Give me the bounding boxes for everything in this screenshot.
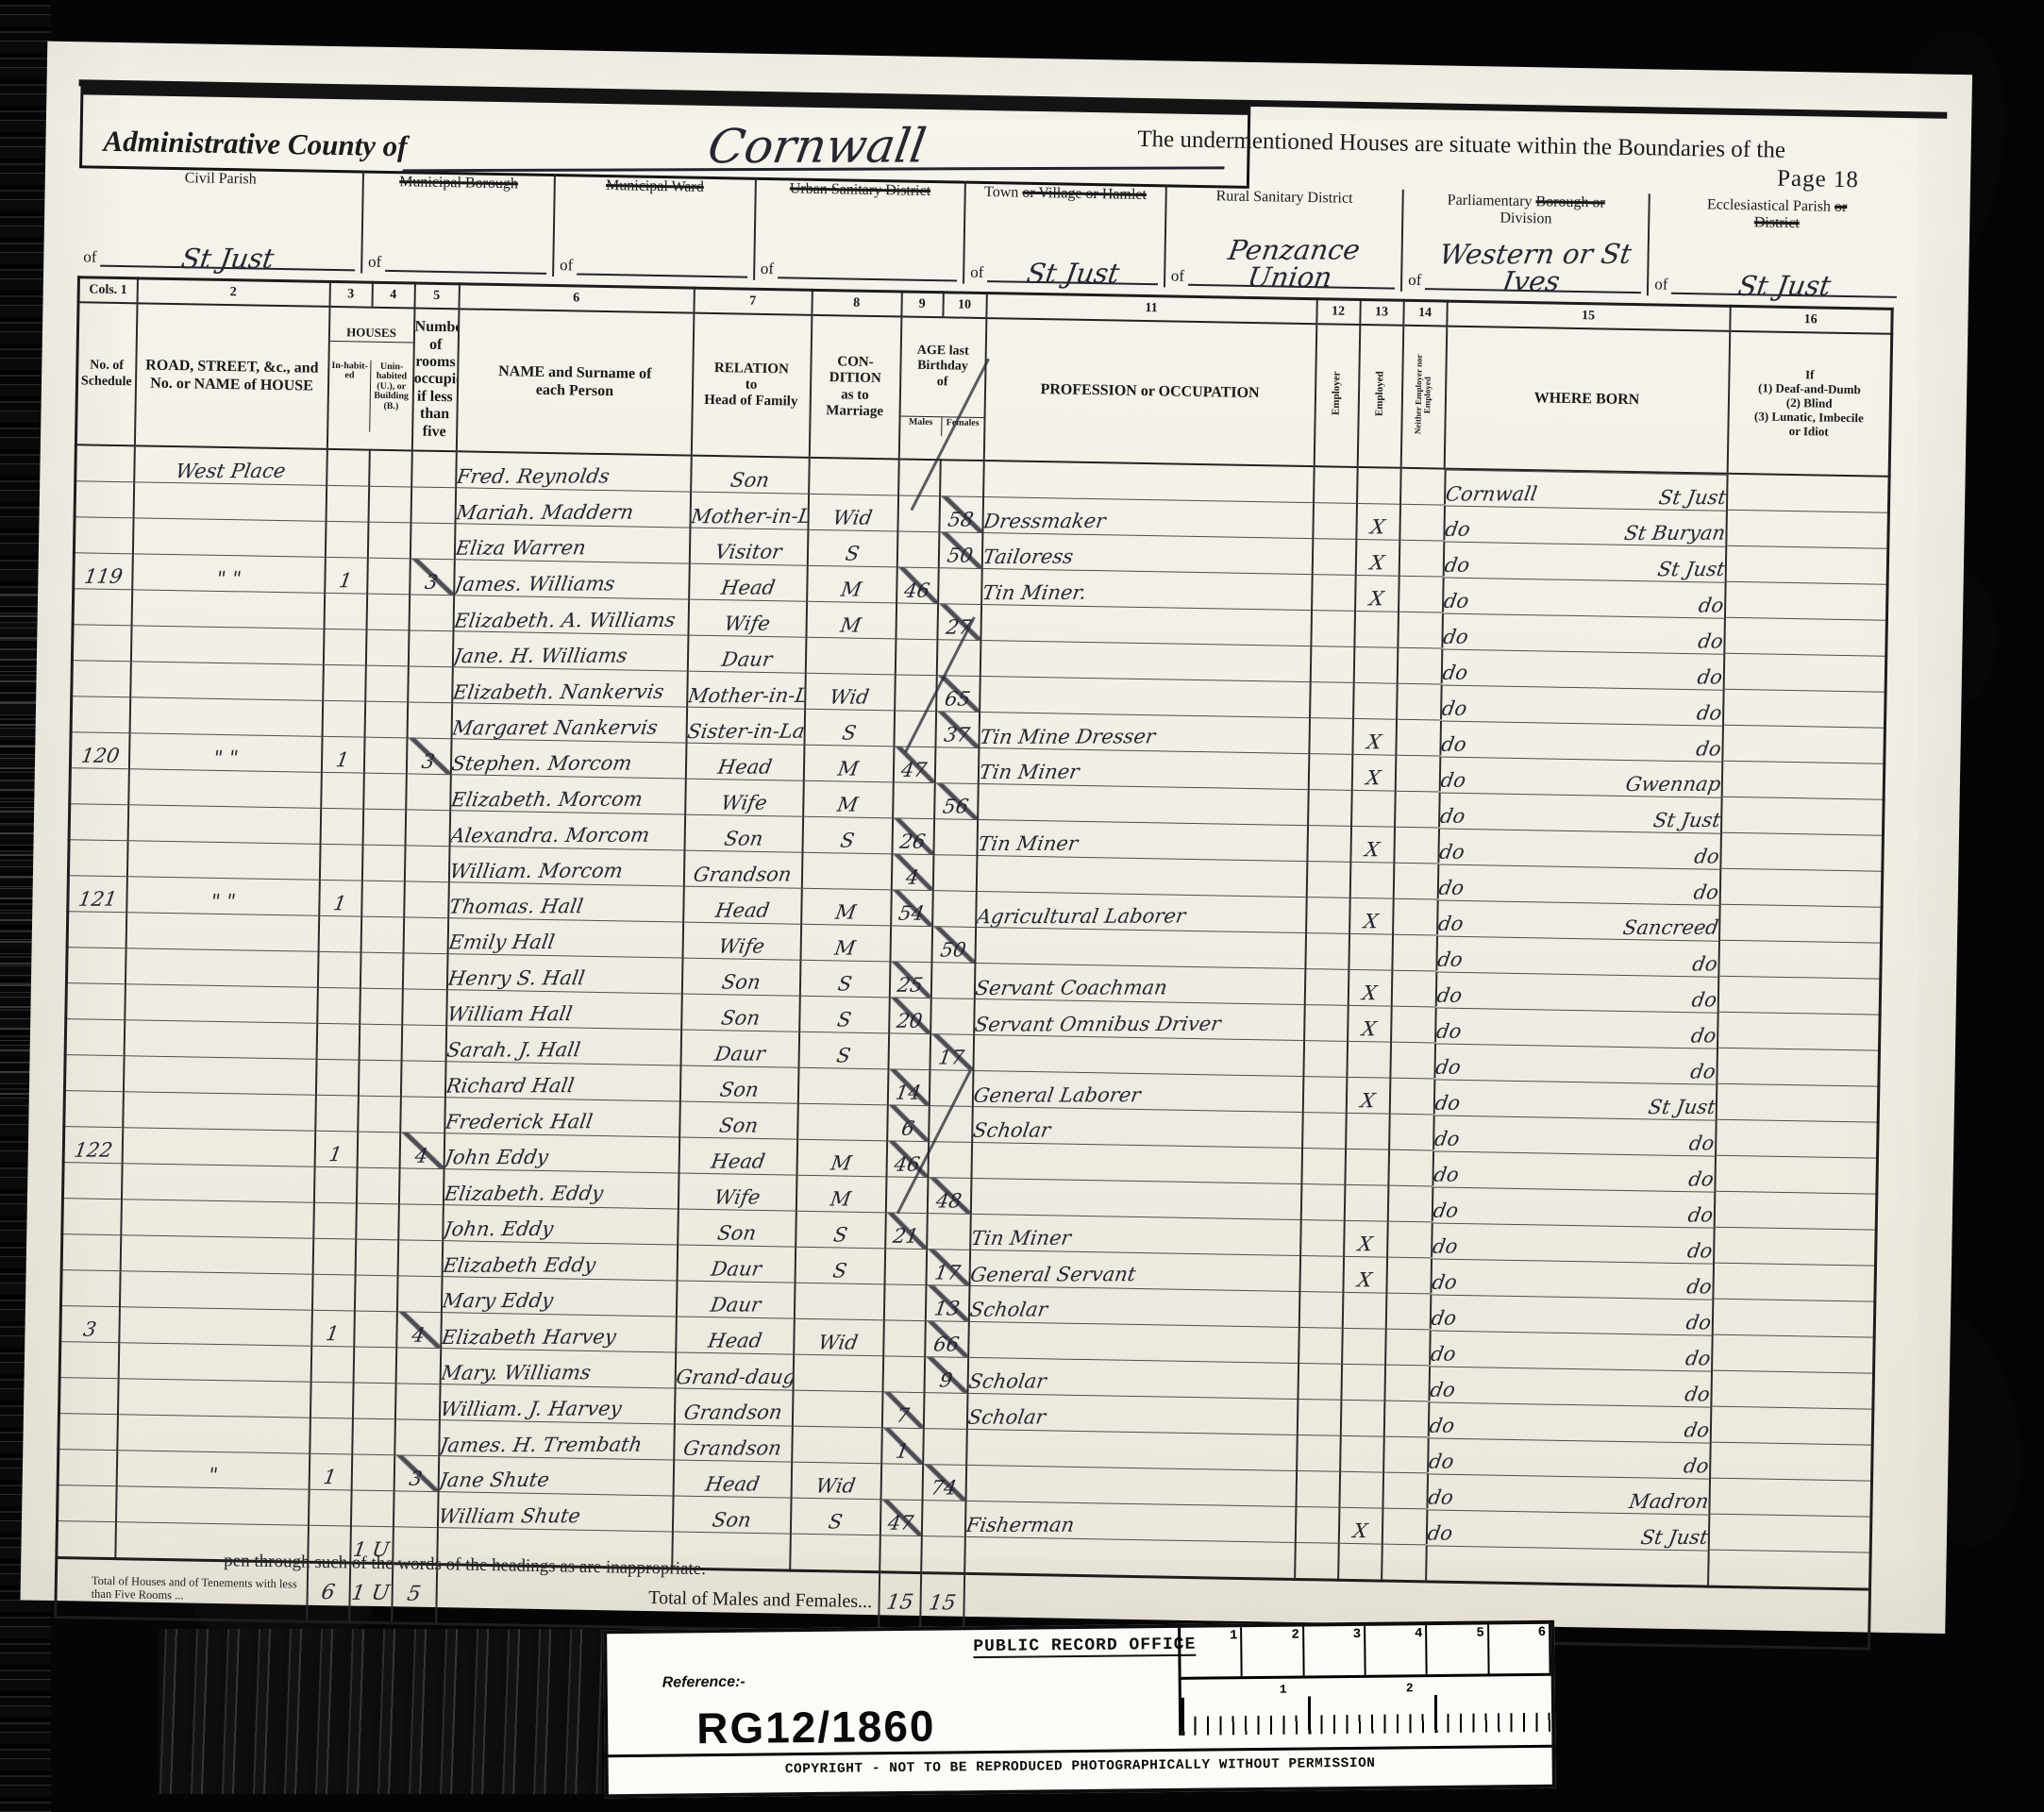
cell-infirmities (1710, 1406, 1873, 1445)
cell-born_county: dodo (1435, 935, 1718, 975)
cell-condition: S (796, 1211, 886, 1249)
cell-name: Elizabeth Eddy (442, 1241, 678, 1281)
cell-infirmities (1716, 1083, 1879, 1122)
cell-name: Thomas. Hall (448, 882, 684, 922)
cell-neither (1398, 612, 1442, 648)
cell-employer (1300, 1184, 1345, 1221)
cell-age_f: 66 (925, 1321, 969, 1358)
cell-age_m (896, 531, 939, 568)
cell-occupation: Scholar (966, 1393, 1298, 1434)
cell-occupation: Tin Miner (977, 820, 1308, 862)
cell-rooms (395, 1348, 441, 1384)
cell-born_county: dodo (1436, 864, 1719, 903)
cell-rooms (410, 487, 456, 524)
cell-age_m (880, 1535, 922, 1573)
cell-uninhabited (365, 629, 409, 666)
district-municipal-borough: Municipal Borough of (360, 171, 554, 277)
of-label: of (970, 263, 984, 282)
cell-employed (1349, 862, 1394, 898)
cell-neither (1397, 683, 1441, 720)
cell-employer (1308, 754, 1352, 791)
cell-occupation (965, 1465, 1297, 1506)
cell-road (132, 518, 326, 558)
cell-uninhabited (366, 594, 410, 630)
district-label: Municipal Borough (399, 174, 518, 192)
cell-age_m (896, 603, 938, 640)
cell-age_m (884, 1249, 927, 1285)
cell-schedule (70, 768, 129, 805)
cell-road: " (116, 1451, 310, 1490)
header-age-females: Females (941, 417, 983, 437)
cell-road (121, 1200, 314, 1239)
cell-employed: X (1355, 540, 1399, 577)
district-ecclesiastical: Ecclesiastical Parish orDistrict ofSt Ju… (1647, 193, 1904, 300)
cell-neither (1389, 1078, 1433, 1115)
cell-employed: X (1350, 826, 1395, 863)
cell-condition (794, 1283, 884, 1320)
cell-age_m: 46 (886, 1141, 929, 1178)
cell-inhabited (315, 1059, 359, 1096)
cell-relation: Son (679, 1101, 798, 1139)
cell-occupation: Servant Omnibus Driver (974, 999, 1305, 1041)
cell-inhabited (324, 593, 367, 629)
cell-road (133, 482, 327, 522)
cell-rooms (404, 846, 449, 882)
cell-schedule (72, 661, 131, 697)
header-road: ROAD, STREET, &c., and No. or NAME of HO… (134, 303, 329, 449)
cell-condition: Wid (808, 494, 898, 531)
cell-condition (797, 1103, 888, 1141)
cell-occupation: Fisherman (964, 1501, 1296, 1542)
cell-employed: X (1349, 898, 1394, 934)
cell-age_f: 56 (934, 783, 979, 820)
cell-inhabited (308, 1489, 351, 1526)
cell-employed: X (1356, 504, 1400, 541)
cell-schedule: 122 (63, 1127, 123, 1164)
cell-infirmities (1724, 617, 1887, 656)
cell-born_county: dodo (1432, 1115, 1716, 1154)
cell-uninhabited (364, 701, 408, 738)
cell-employed (1342, 1292, 1386, 1329)
cell-name: Jane Shute (438, 1456, 674, 1496)
cell-condition: M (806, 601, 896, 639)
cell-neither (1395, 791, 1439, 828)
cell-uninhabited (367, 558, 410, 595)
cell-employer (1305, 933, 1349, 970)
cell-age_f (940, 460, 984, 496)
cell-employer (1309, 718, 1353, 755)
scan-mottle (159, 1629, 602, 1794)
cell-road (115, 1486, 309, 1526)
col-num: 12 (1316, 299, 1360, 325)
stamp-ruler: 1 2 3 4 5 6 1 2 (1178, 1624, 1551, 1736)
cell-born_county: doSt Buryan (1443, 505, 1726, 545)
cell-employer (1300, 1220, 1345, 1257)
cell-age_m (890, 926, 932, 963)
cell-inhabited (311, 1274, 355, 1311)
cell-rooms (407, 702, 452, 739)
cell-neither (1390, 1042, 1434, 1079)
district-label: Division (1499, 210, 1551, 227)
cell-neither (1400, 468, 1445, 505)
header-name: NAME and Surname of each Person (456, 309, 694, 455)
cell-employed (1339, 1471, 1383, 1508)
cell-neither (1383, 1436, 1428, 1473)
cell-inhabited (317, 951, 360, 988)
cell-age_f: 27 (937, 604, 981, 641)
cell-neither (1399, 540, 1443, 577)
cell-condition: S (802, 816, 893, 854)
cell-age_m (882, 1356, 925, 1393)
cell-age_f: 9 (924, 1357, 968, 1394)
cell-rooms: 3 (394, 1455, 439, 1492)
cell-occupation: Tin Mine Dresser (979, 713, 1310, 754)
cell-born_county: doSancreed (1436, 899, 1719, 939)
cell-uninhabited (363, 737, 407, 774)
col-num: 9 (901, 292, 943, 317)
cell-inhabited: 1 (319, 880, 362, 916)
cell-uninhabited (361, 845, 405, 881)
cell-uninhabited (352, 1418, 395, 1455)
cell-name: James. H. Trembath (439, 1420, 675, 1460)
cell-relation: Son (681, 958, 800, 996)
district-parliamentary: Parliamentary Borough orDivision ofWeste… (1400, 190, 1649, 296)
district-label-struck: Borough or (1535, 193, 1605, 210)
header-schedule: No. of Schedule (75, 302, 137, 445)
district-municipal-ward: Municipal Ward of (552, 175, 755, 280)
cell-employer (1298, 1364, 1342, 1401)
cell-condition (797, 1067, 888, 1105)
cell-age_m: 6 (887, 1105, 930, 1142)
cell-employed (1338, 1543, 1382, 1581)
header-houses-title: HOUSES (329, 325, 412, 343)
cell-uninhabited (358, 1096, 401, 1132)
cell-name: William Shute (437, 1492, 673, 1532)
cell-schedule: 3 (60, 1306, 120, 1343)
cell-schedule (64, 1091, 124, 1128)
cell-name: Elizabeth. A. Williams (453, 596, 689, 635)
cell-inhabited: 1 (314, 1131, 358, 1167)
cell-neither (1391, 1006, 1435, 1043)
of-label: of (560, 256, 574, 275)
cell-employer (1302, 1077, 1347, 1114)
cell-rooms (408, 666, 453, 703)
cell-age_f (938, 568, 982, 605)
cell-age_f (934, 747, 979, 784)
total-females: 15 (920, 1573, 964, 1634)
cell-neither (1385, 1293, 1430, 1330)
cell-road (117, 1379, 310, 1418)
district-value: St Just (1736, 273, 1833, 300)
of-label: of (368, 253, 382, 272)
cell-age_f (933, 819, 978, 856)
cell-born_county: dodo (1439, 720, 1722, 760)
cell-infirmities (1717, 1012, 1881, 1050)
cell-occupation: General Servant (969, 1250, 1300, 1292)
cell-employer (1310, 646, 1354, 683)
cell-road (130, 626, 324, 665)
ruler-ticks: 1 2 (1181, 1676, 1552, 1736)
cell-infirmities (1709, 1478, 1872, 1517)
cell-relation: Grandson (674, 1424, 793, 1462)
cell-inhabited (327, 449, 370, 486)
cell-condition (809, 458, 899, 495)
district-town: Town or Village or Hamlet ofSt Just (963, 182, 1165, 288)
cell-born_county: dodo (1429, 1330, 1712, 1369)
cell-occupation: Scholar (972, 1107, 1303, 1149)
cell-occupation (968, 1322, 1299, 1364)
cell-name: Jane. H. Williams (452, 631, 688, 671)
cell-age_f (921, 1536, 965, 1574)
cell-road (128, 769, 322, 809)
cell-born_county: dodo (1430, 1258, 1713, 1298)
cell-schedule (59, 1378, 118, 1415)
cell-age_m: 47 (893, 747, 935, 783)
cell-infirmities (1718, 940, 1882, 979)
cell-infirmities (1717, 976, 1881, 1015)
cell-infirmities (1720, 832, 1884, 871)
cell-employer (1298, 1292, 1343, 1329)
cell-schedule (61, 1234, 121, 1271)
of-label: of (1408, 271, 1422, 290)
cell-neither (1383, 1401, 1428, 1437)
cell-relation: Grand-daughter (675, 1352, 794, 1390)
cell-born_county: dodo (1429, 1294, 1712, 1334)
cell-employed: X (1355, 576, 1399, 612)
cell-employer (1295, 1507, 1339, 1544)
cell-age_f: 48 (927, 1178, 971, 1215)
district-label-struck: or Village or Hamlet (1022, 185, 1147, 203)
cell-road (119, 1307, 312, 1347)
cell-relation: Head (685, 743, 804, 780)
cell-born_county (1425, 1545, 1708, 1585)
cell-age_m (895, 639, 937, 676)
cell-employer (1298, 1328, 1343, 1365)
cell-age_m (897, 495, 940, 532)
district-label: Urban Sanitary District (790, 180, 931, 199)
cell-road (123, 1092, 316, 1132)
col-num: 16 (1730, 306, 1892, 333)
cell-age_f (930, 963, 975, 999)
public-record-office-stamp: PUBLIC RECORD OFFICE Reference:- RG12/18… (603, 1620, 1556, 1799)
stamp-reference-label: Reference:- (662, 1674, 746, 1692)
cell-rooms (404, 881, 449, 918)
cell-employer (1310, 682, 1354, 719)
cell-uninhabited (362, 809, 406, 846)
cell-age_f (932, 855, 977, 892)
cell-condition: Wid (794, 1318, 884, 1356)
cell-occupation (973, 1035, 1304, 1077)
cell-schedule: 120 (70, 732, 129, 769)
cell-inhabited (321, 772, 364, 809)
cell-born_county: doSt Just (1442, 541, 1725, 580)
cell-uninhabited (361, 881, 405, 917)
cell-infirmities (1714, 1191, 1877, 1230)
cell-age_m: 54 (891, 890, 933, 927)
cell-schedule (73, 589, 132, 626)
cell-name: Alexandra. Morcom (449, 811, 685, 850)
cell-uninhabited (368, 486, 411, 523)
cell-neither (1393, 898, 1437, 935)
cell-employed: X (1348, 1005, 1392, 1042)
cell-infirmities (1713, 1263, 1876, 1301)
cell-infirmities (1708, 1514, 1871, 1552)
cell-schedule (68, 840, 127, 877)
header-houses: HOUSES In-habit-ed Unin-habited (U.), or… (327, 307, 414, 451)
cell-uninhabited (367, 522, 410, 559)
cell-uninhabited (354, 1311, 397, 1348)
cell-relation: Visitor (689, 528, 808, 565)
cell-uninhabited (359, 1024, 402, 1061)
cell-employer (1303, 1041, 1348, 1078)
district-label: Ecclesiastical Parish (1707, 196, 1831, 214)
cell-employer (1296, 1471, 1340, 1508)
cell-age_m: 14 (887, 1069, 930, 1106)
cell-infirmities (1726, 474, 1889, 512)
cell-uninhabited (350, 1490, 394, 1527)
cell-inhabited: 1 (321, 736, 364, 773)
cell-schedule (62, 1199, 122, 1235)
cell-rooms: 4 (399, 1132, 444, 1169)
header-occupation: PROFESSION or OCCUPATION (983, 318, 1316, 466)
cell-age_m: 4 (891, 854, 933, 891)
cell-age_f (932, 891, 977, 928)
cell-employed: X (1346, 1077, 1390, 1114)
cell-relation: Son (678, 1209, 796, 1247)
cell-employed: X (1348, 969, 1392, 1006)
cell-born_county: dodo (1440, 648, 1723, 688)
cell-uninhabited (357, 1132, 400, 1168)
cell-inhabited (320, 808, 363, 845)
cell-name: Elizabeth. Eddy (443, 1169, 679, 1209)
cell-age_f: 17 (930, 1034, 974, 1071)
of-label: of (761, 260, 775, 278)
cell-uninhabited (369, 450, 412, 487)
cell-inhabited (313, 1202, 357, 1239)
cell-rooms (403, 917, 448, 954)
cell-relation: Daur (680, 1030, 799, 1067)
cell-age_f (927, 1214, 971, 1250)
of-label: of (1654, 275, 1668, 294)
cell-occupation (976, 856, 1307, 898)
cell-infirmities (1712, 1334, 1875, 1373)
cell-schedule (59, 1342, 119, 1379)
cell-condition (805, 637, 896, 675)
cell-condition (792, 1390, 882, 1428)
cell-infirmities (1708, 1550, 1871, 1589)
cell-neither (1395, 755, 1439, 792)
cell-name: John Eddy (444, 1133, 679, 1173)
cell-employer (1301, 1149, 1346, 1185)
cell-condition (790, 1534, 880, 1572)
cell-road (123, 1056, 316, 1096)
cell-road (129, 697, 323, 737)
cell-employer (1299, 1256, 1344, 1293)
cell-rooms (397, 1240, 443, 1277)
cell-neither (1387, 1221, 1432, 1258)
cell-schedule (69, 804, 128, 841)
cell-uninhabited (352, 1383, 395, 1419)
cell-inhabited (310, 1346, 354, 1383)
cell-uninhabited (351, 1454, 394, 1491)
cell-relation: Head (679, 1137, 797, 1175)
cell-condition: S (799, 960, 890, 998)
district-value: Penzance Union (1183, 236, 1399, 292)
cell-born_county: doSt Just (1425, 1509, 1708, 1549)
cell-name: William. J. Harvey (439, 1384, 675, 1424)
cell-road (120, 1235, 313, 1275)
cell-employed (1346, 1113, 1390, 1149)
cell-born_county: doSt Just (1432, 1079, 1716, 1118)
cell-condition: M (807, 565, 897, 603)
cell-rooms (393, 1491, 438, 1528)
cell-employed (1340, 1435, 1384, 1472)
cell-employer (1295, 1543, 1339, 1581)
cell-schedule (65, 1019, 125, 1056)
cell-age_f: 50 (931, 927, 976, 964)
col-num: 3 (329, 281, 372, 307)
cell-name: Mariah. Maddern (455, 488, 691, 528)
cell-inhabited (325, 521, 368, 558)
cell-infirmities (1715, 1155, 1878, 1194)
cell-employed (1357, 467, 1401, 504)
cell-age_f (923, 1393, 967, 1430)
district-value: Western or St Ives (1421, 241, 1647, 296)
cell-uninhabited (360, 916, 404, 953)
cell-age_f: 37 (935, 712, 980, 748)
cell-inhabited: 1 (309, 1453, 352, 1490)
cell-uninhabited (360, 988, 403, 1025)
cell-neither (1386, 1257, 1431, 1294)
district-label: Town (984, 184, 1019, 201)
cell-neither (1391, 970, 1435, 1007)
col-num: 10 (943, 293, 986, 318)
cell-employer (1313, 503, 1357, 540)
cell-age_m: 46 (896, 567, 939, 604)
cell-condition: S (807, 529, 897, 567)
cell-inhabited (322, 700, 365, 737)
header-neither: Neither Employer nor Employed (1400, 326, 1447, 469)
cell-condition: M (803, 745, 894, 782)
header-condition: CON- DITION as to Marriage (809, 315, 901, 460)
cell-employed (1351, 791, 1396, 828)
cell-age_m: 1 (881, 1428, 924, 1465)
cell-neither (1388, 1149, 1432, 1186)
cell-employed (1340, 1400, 1384, 1436)
cell-road (131, 590, 325, 629)
cell-relation: Head (683, 886, 802, 924)
of-label: of (83, 247, 97, 266)
cell-rooms (394, 1419, 440, 1456)
cell-condition: M (796, 1175, 886, 1213)
cell-employer (1297, 1435, 1341, 1472)
cell-uninhabited (354, 1275, 397, 1312)
cell-employer (1304, 1005, 1349, 1042)
cell-schedule (71, 696, 130, 733)
cell-schedule (67, 912, 126, 948)
cell-age_m (883, 1284, 926, 1321)
cell-inhabited (323, 664, 366, 701)
cell-occupation (964, 1536, 1296, 1579)
cell-rooms (410, 523, 455, 560)
district-value: St Just (1024, 260, 1120, 288)
cell-born_county: dodo (1433, 1043, 1717, 1082)
cell-name: Mary. Williams (440, 1349, 676, 1388)
cell-occupation (980, 677, 1311, 718)
cell-neither (1382, 1508, 1426, 1545)
cell-inhabited (317, 987, 360, 1024)
cell-relation: Sister-in-Law (686, 707, 805, 745)
